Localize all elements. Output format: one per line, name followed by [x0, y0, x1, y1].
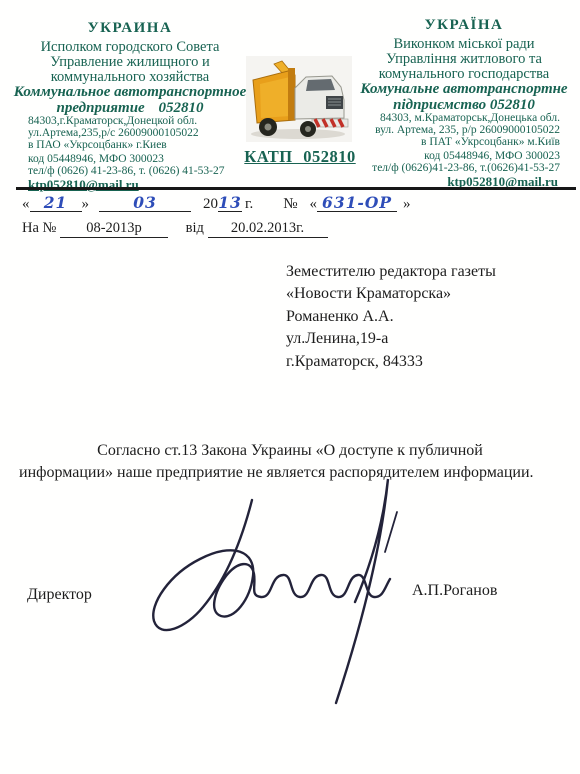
- address-line: в ПАТ «Укрсоцбанк» м.Київ: [352, 137, 576, 149]
- org-line: комунального господарства: [352, 67, 576, 82]
- garbage-truck-image: [246, 56, 352, 142]
- garbage-truck-icon: [246, 56, 352, 142]
- org-line: Исполком городского Совета: [10, 40, 250, 55]
- country-title-ru: УКРАИНА: [10, 20, 250, 37]
- number-sign: №: [283, 196, 297, 212]
- enterprise-code-caption: КАТП 052810: [228, 147, 372, 167]
- header-divider-line: [16, 187, 576, 190]
- quote-close: »: [82, 196, 90, 212]
- addressee-line: Романенко А.А.: [286, 306, 496, 328]
- quote-close: »: [403, 196, 411, 212]
- director-name: А.П.Роганов: [412, 582, 497, 600]
- addressee-line: г.Краматорск, 84333: [286, 351, 496, 373]
- from-label: від: [186, 220, 204, 236]
- address-line: ул.Артема,235,р/с 26009000105022: [10, 128, 250, 140]
- company-name-line: підприємство 052810: [352, 98, 576, 114]
- org-line: коммунального хозяйства: [10, 70, 250, 85]
- quote-open: «: [310, 196, 318, 212]
- org-line: Управление жилищного и: [10, 55, 250, 70]
- incoming-number: 08-2013р: [60, 220, 168, 238]
- company-name-line: предприятие 052810: [10, 101, 250, 117]
- scanned-letter-page: УКРАИНА Исполком городского Совета Управ…: [0, 0, 580, 774]
- letterhead-right: УКРАЇНА Виконком міської ради Управління…: [352, 17, 576, 188]
- addressee-line: Земестителю редактора газеты: [286, 261, 496, 283]
- addressee-block: Земестителю редактора газеты «Новости Кр…: [286, 261, 496, 373]
- handwritten-year: 13: [218, 194, 242, 212]
- date-number-line: «21»032013г.№«631-ОР»: [22, 194, 411, 213]
- phone-line: тел/ф (0626) 41-23-86, т. (0626) 41-53-2…: [10, 166, 250, 177]
- phone-line: тел/ф (0626)41-23-86, т.(0626)41-53-27: [352, 163, 576, 174]
- quote-open: «: [22, 196, 30, 212]
- incoming-date: 20.02.2013г.: [208, 220, 328, 238]
- addressee-line: ул.Ленина,19-а: [286, 328, 496, 350]
- reply-label: На №: [22, 220, 56, 236]
- address-line: в ПАО «Укрсоцбанк» г.Киев: [10, 140, 250, 152]
- country-title-ua: УКРАЇНА: [352, 17, 576, 34]
- director-title: Директор: [27, 586, 92, 604]
- org-line: Управління житлового та: [352, 52, 576, 67]
- year-unit: г.: [245, 196, 253, 212]
- handwritten-month: 03: [99, 194, 191, 212]
- address-line: вул. Артема, 235, р/р 26009000105022: [352, 125, 576, 137]
- company-name-line: Комунальне автотранспортне: [352, 82, 576, 98]
- company-name-line: Коммунальное автотранспортное: [10, 85, 250, 101]
- addressee-line: «Новости Краматорска»: [286, 283, 496, 305]
- letterhead-left: УКРАИНА Исполком городского Совета Управ…: [10, 20, 250, 191]
- reply-reference-line: На № 08-2013р від 20.02.2013г.: [22, 220, 328, 238]
- org-line: Виконком міської ради: [352, 37, 576, 52]
- handwritten-signature: [140, 455, 410, 710]
- handwritten-outgoing-number: 631-ОР: [317, 194, 397, 212]
- year-typed: 20: [203, 196, 218, 212]
- handwritten-day: 21: [30, 194, 82, 212]
